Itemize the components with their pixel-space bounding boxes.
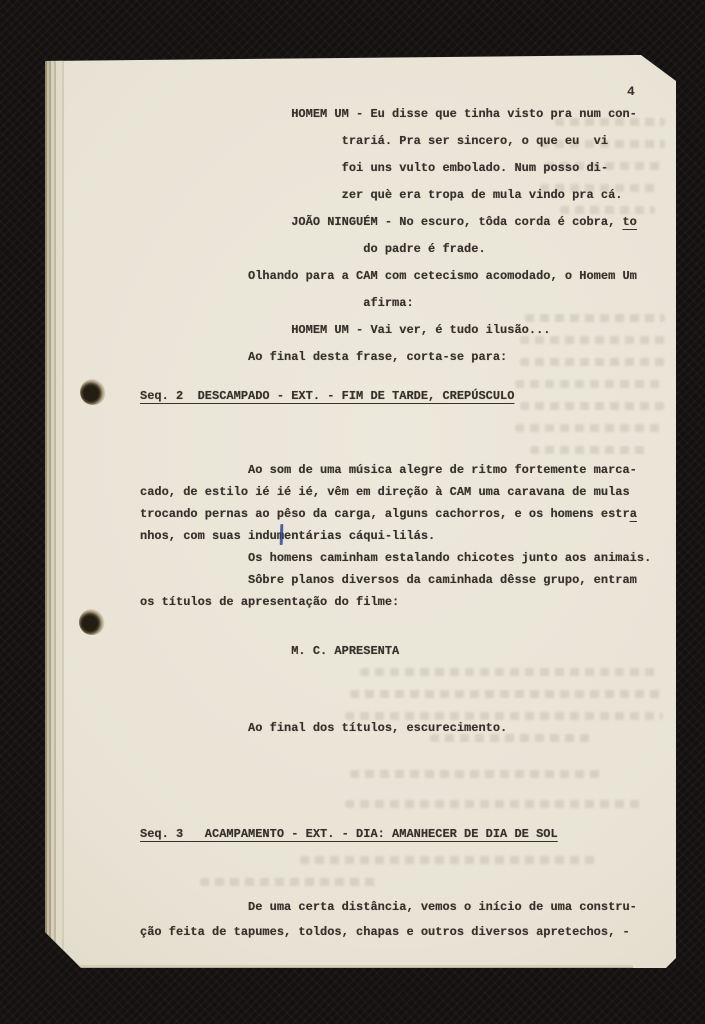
seq-2-heading: Seq. 2 DESCAMPADO - EXT. - FIM DE TARDE,…: [140, 383, 514, 410]
typewritten-content: 4 HOMEM UM - Eu disse que tinha visto pr…: [0, 0, 705, 1024]
after-titles-note: Ao final dos títulos, escurecimento.: [140, 717, 507, 739]
titles-card: M. C. APRESENTA: [140, 640, 399, 662]
dialogue-block: HOMEM UM - Eu disse que tinha visto pra …: [140, 101, 637, 371]
ink-mark: m: [277, 529, 284, 543]
seq-3-action-paragraph: De uma certa distância, vemos o início d…: [140, 895, 637, 945]
seq-3-heading: Seq. 3 ACAMPAMENTO - EXT. - DIA: AMANHEC…: [140, 821, 558, 848]
seq-2-action-paragraph: Ao som de uma música alegre de ritmo for…: [140, 459, 651, 613]
page-number: 4: [627, 84, 635, 99]
scanned-script-page: 4 HOMEM UM - Eu disse que tinha visto pr…: [0, 0, 705, 1024]
